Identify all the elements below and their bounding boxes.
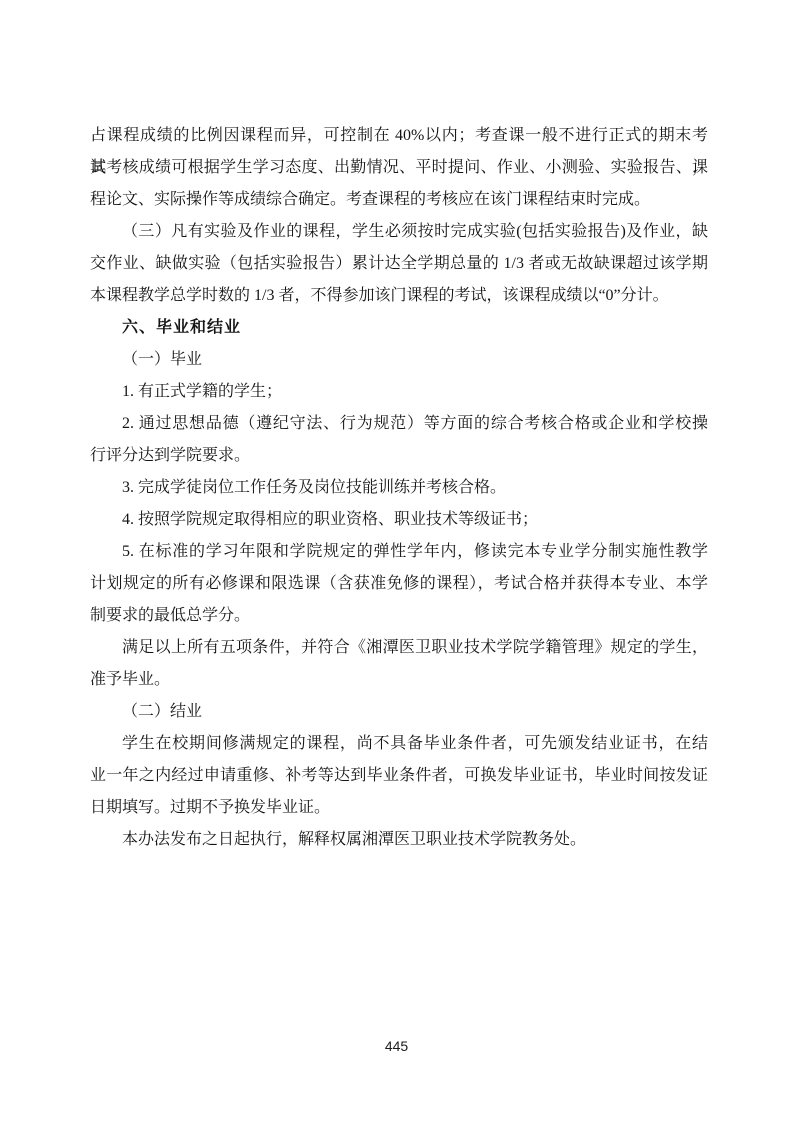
doc-line: 程论文、实际操作等成绩综合确定。考查课程的考核应在该门课程结束时完成。 xyxy=(90,184,708,216)
doc-line: 计划规定的所有必修课和限选课（含获准免修的课程），考试合格并获得本专业、本学 xyxy=(90,568,708,600)
doc-line: 满足以上所有五项条件，并符合《湘潭医卫职业技术学院学籍管理》规定的学生， xyxy=(90,632,708,664)
doc-line: 占课程成绩的比例因课程而异，可控制在 40%以内；考查课一般不进行正式的期末考试… xyxy=(90,120,708,152)
doc-line: 交作业、缺做实验（包括实验报告）累计达全学期总量的 1/3 者或无故缺课超过该学… xyxy=(90,248,708,280)
page-number: 445 xyxy=(0,1038,793,1054)
doc-line: 学生在校期间修满规定的课程，尚不具备毕业条件者，可先颁发结业证书，在结 xyxy=(90,728,708,760)
doc-line: 1. 有正式学籍的学生； xyxy=(90,376,708,408)
doc-line: 日期填写。过期不予换发毕业证。 xyxy=(90,792,708,824)
document-page: 占课程成绩的比例因课程而异，可控制在 40%以内；考查课一般不进行正式的期末考试… xyxy=(0,0,793,1122)
doc-line: （三）凡有实验及作业的课程，学生必须按时完成实验(包括实验报告)及作业，缺 xyxy=(90,216,708,248)
doc-line: 本课程教学总学时数的 1/3 者，不得参加该门课程的考试，该课程成绩以“0”分计… xyxy=(90,280,708,312)
doc-line: 3. 完成学徒岗位工作任务及岗位技能训练并考核合格。 xyxy=(90,472,708,504)
doc-line: 其考核成绩可根据学生学习态度、出勤情况、平时提问、作业、小测验、实验报告、课 xyxy=(90,152,708,184)
subsection-heading-jieye: （二）结业 xyxy=(90,696,708,728)
subsection-heading-biye: （一）毕业 xyxy=(90,344,708,376)
doc-line: 行评分达到学院要求。 xyxy=(90,440,708,472)
doc-line: 5. 在标准的学习年限和学院规定的弹性学年内，修读完本专业学分制实施性教学 xyxy=(90,536,708,568)
doc-line: 4. 按照学院规定取得相应的职业资格、职业技术等级证书； xyxy=(90,504,708,536)
doc-line: 业一年之内经过申请重修、补考等达到毕业条件者，可换发毕业证书，毕业时间按发证 xyxy=(90,760,708,792)
document-text-block: 占课程成绩的比例因课程而异，可控制在 40%以内；考查课一般不进行正式的期末考试… xyxy=(90,120,708,856)
doc-line-effective-statement: 本办法发布之日起执行，解释权属湘潭医卫职业技术学院教务处。 xyxy=(90,824,708,856)
doc-line: 准予毕业。 xyxy=(90,664,708,696)
doc-line: 2. 通过思想品德（遵纪守法、行为规范）等方面的综合考核合格或企业和学校操 xyxy=(90,408,708,440)
section-heading-graduation: 六、毕业和结业 xyxy=(90,312,708,344)
doc-line: 制要求的最低总学分。 xyxy=(90,600,708,632)
